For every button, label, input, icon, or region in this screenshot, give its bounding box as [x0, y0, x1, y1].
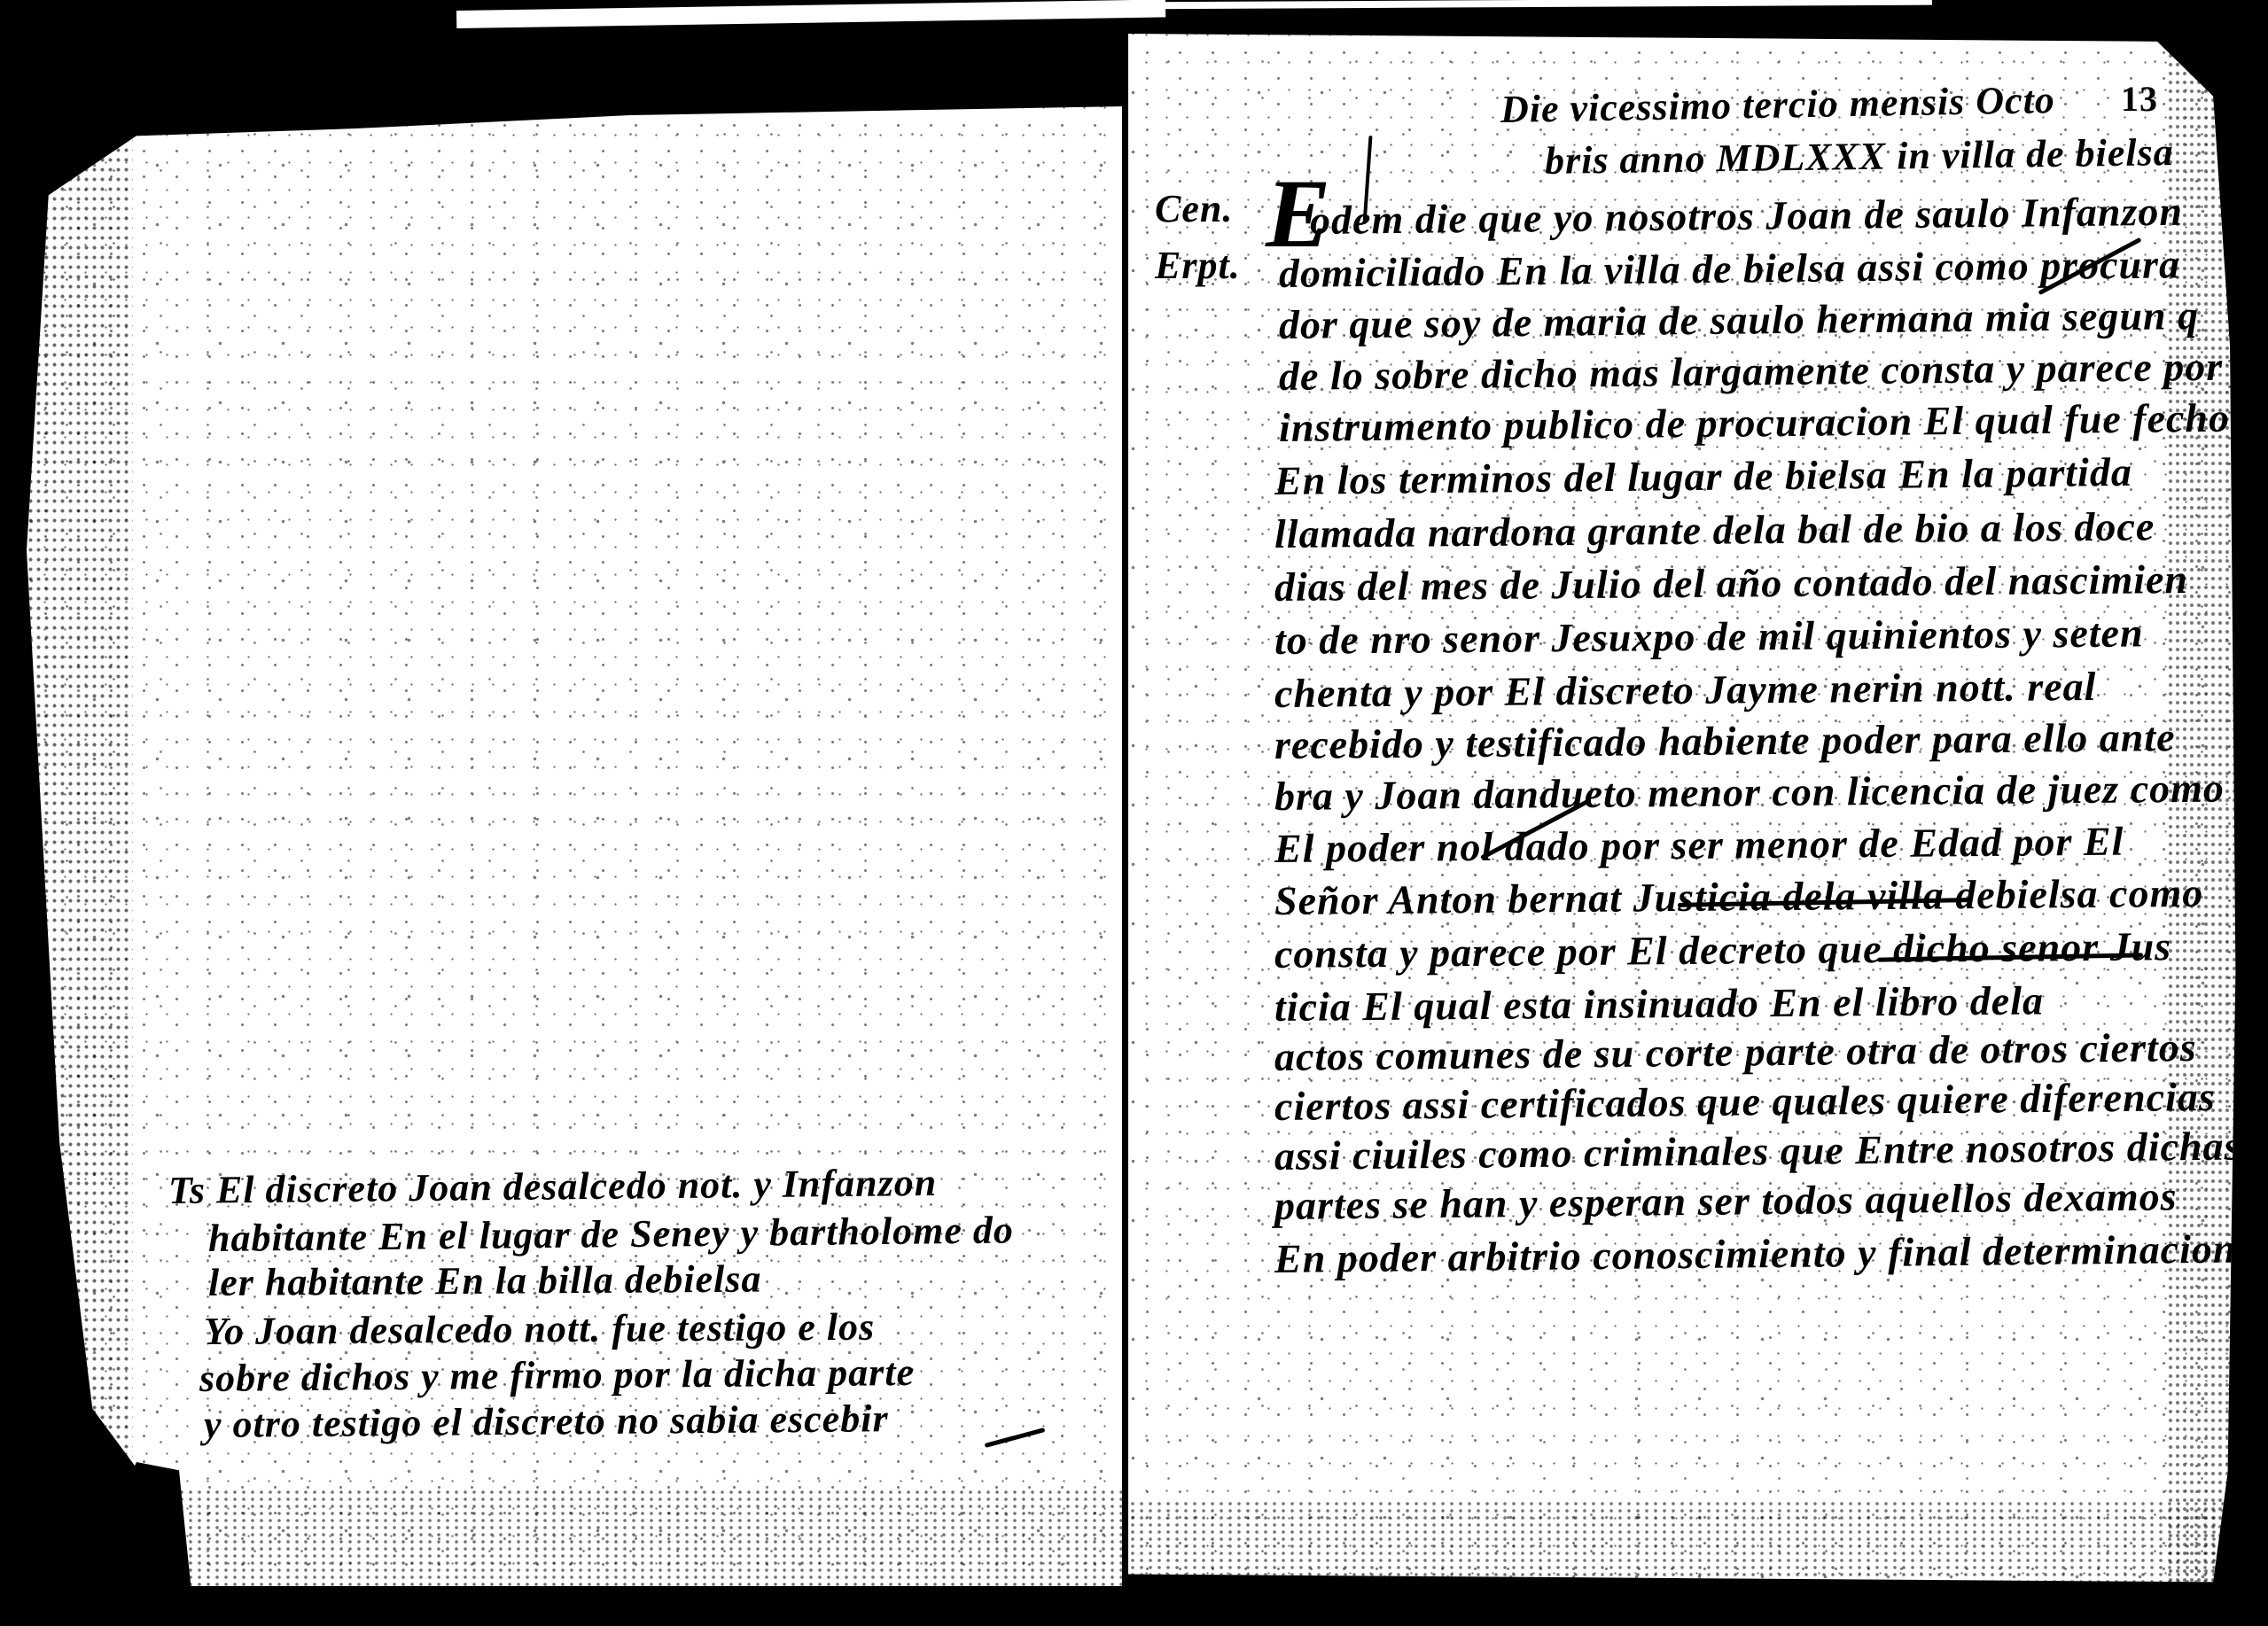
thumb-shadow	[89, 1462, 195, 1626]
heading-line-1: Die vicessimo tercio mensis Octo	[1500, 77, 2056, 132]
body-line-11: recebido y testificado habiente poder pa…	[1274, 713, 2176, 768]
paper-edge-wear	[27, 106, 133, 1586]
body-line-9: to de nro senor Jesuxpo de mil quiniento…	[1274, 609, 2144, 664]
body-line-12: bra y Joan dandueto menor con licencia d…	[1274, 765, 2225, 820]
left-line-2: habitante En el lugar de Seney y barthol…	[208, 1207, 1014, 1261]
paper-edge-wear-bottom	[27, 1489, 1124, 1586]
paper-edge-wear-bottom	[1128, 1500, 2247, 1598]
body-line-14: Señor Anton bernat Justicia dela villa d…	[1274, 869, 2204, 924]
top-edge-strip-right	[1134, 0, 1932, 9]
right-page: 13 Die vicessimo tercio mensis Octo bris…	[1128, 34, 2247, 1598]
left-line-5: sobre dichos y me firmo por la dicha par…	[199, 1350, 916, 1401]
margin-note-cen: Cen.	[1155, 186, 1233, 231]
body-line-21: En poder arbitrio conoscimiento y final …	[1274, 1225, 2237, 1282]
left-line-3: ler habitante En la billa debielsa	[208, 1256, 762, 1305]
body-line-18: ciertos assi certificados que quales qui…	[1274, 1073, 2216, 1130]
body-line-15: consta y parece por El decreto que dicho…	[1274, 922, 2172, 977]
body-line-7: llamada nardona grante dela bal de bio a…	[1274, 502, 2155, 557]
body-line-3: dor que soy de maria de saulo hermana mi…	[1279, 292, 2200, 348]
body-line-13: El poder nol dado por ser menor de Edad …	[1274, 818, 2124, 872]
page-gutter	[1122, 27, 1126, 1604]
body-line-4: de lo sobre dicho mas largamente consta …	[1279, 343, 2224, 400]
signature-flourish	[985, 1428, 1046, 1448]
body-line-6: En los terminos del lugar de bielsa En l…	[1274, 448, 2132, 504]
scanned-manuscript: Ts El discreto Joan desalcedo not. y Inf…	[0, 0, 2268, 1626]
body-line-10: chenta y por El discreto Jayme nerin not…	[1274, 663, 2097, 717]
margin-note-erpt: Erpt.	[1155, 243, 1241, 288]
body-line-20: partes se han y esperan ser todos aquell…	[1274, 1172, 2178, 1229]
body-line-1: odem die que yo nosotros Joan de saulo I…	[1310, 188, 2184, 244]
left-line-6: y otro testigo el discreto no sabia esce…	[204, 1396, 889, 1447]
body-line-16: ticia El qual esta insinuado En el libro…	[1274, 976, 2044, 1031]
left-line-1: Ts El discreto Joan desalcedo not. y Inf…	[168, 1160, 938, 1213]
left-page: Ts El discreto Joan desalcedo not. y Inf…	[27, 106, 1124, 1586]
page-number: 13	[2121, 78, 2158, 120]
left-line-4: Yo Joan desalcedo nott. fue testigo e lo…	[204, 1304, 876, 1354]
body-line-19: assi ciuiles como criminales que Entre n…	[1274, 1123, 2241, 1179]
body-line-17: actos comunes de su corte parte otra de …	[1274, 1023, 2197, 1080]
top-edge-strip	[456, 0, 1165, 28]
heading-line-2: bris anno MDLXXX in villa de bielsa	[1545, 129, 2174, 183]
body-line-8: dias del mes de Julio del año contado de…	[1274, 556, 2188, 611]
body-line-5: instrumento publico de procuracion El qu…	[1279, 394, 2231, 451]
